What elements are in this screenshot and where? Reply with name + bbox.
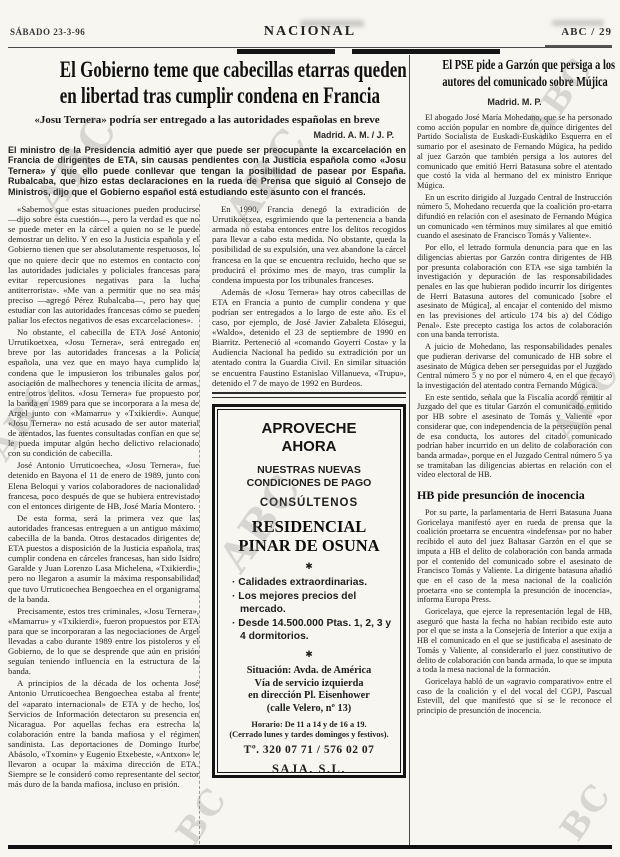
secondary-article: El PSE pide a Garzón que persiga a los a… — [417, 55, 612, 839]
ad-feature-item: · Los mejores precios del mercado. — [232, 591, 392, 616]
body-paragraph: El abogado José María Mohedano, que se h… — [417, 113, 612, 191]
main-headline-line1: El Gobierno teme que cabecillas etarras … — [60, 57, 355, 83]
main-subheadline: «Josu Ternera» podría ser entregado a la… — [8, 114, 406, 126]
ad-location-line2: Vía de servicio izquierda — [226, 678, 392, 691]
ad-hours-line1: Horario: De 11 a 14 y de 16 a 19. — [226, 720, 392, 730]
body-paragraph: Goricelaya, que ejerce la representación… — [417, 607, 612, 675]
main-headline: El Gobierno teme que cabecillas etarras … — [8, 57, 406, 109]
ad-feature-list: · Calidades extraordinarias. · Los mejor… — [226, 577, 392, 644]
ad-company-name: SAJA, S.L. — [226, 762, 392, 773]
ad-residential-name-line2: PINAR DE OSUNA — [226, 536, 392, 555]
body-paragraph: Por su parte, la parlamentaria de Herri … — [417, 508, 612, 605]
ad-subtitle-line1: NUESTRAS NUEVAS — [226, 464, 392, 477]
body-paragraph: José Antonio Urruticoechea, «Josu Terner… — [8, 460, 199, 510]
ad-title-line1: APROVECHE — [226, 420, 392, 438]
body-paragraph: A juicio de Mohedano, las responsabilida… — [417, 342, 612, 391]
secondary-subhead: HB pide presunción de inocencia — [417, 488, 612, 503]
ad-phone-number: Tº. 320 07 71 / 576 02 07 — [226, 744, 392, 756]
body-paragraph: Además de «Josu Ternera» hay otros cabec… — [212, 287, 406, 388]
ad-feature-item: · Desde 14.500.000 Ptas. 1, 2, 3 y 4 dor… — [232, 618, 392, 643]
ad-consult-label: CONSÚLTENOS — [226, 497, 392, 509]
ad-star-separator: ✱ — [226, 561, 392, 572]
secondary-byline: Madrid. M. P. — [417, 97, 612, 107]
body-paragraph: De esta forma, será la primera vez que l… — [8, 513, 199, 604]
header-rule-thick-segment — [352, 49, 500, 54]
ad-separator-rule — [212, 392, 406, 398]
ad-star-separator: ✱ — [226, 649, 392, 660]
advertisement-box: APROVECHE AHORA NUESTRAS NUEVAS CONDICIO… — [212, 404, 406, 778]
article-vertical-divider — [409, 55, 410, 845]
header-rule-right-segment — [545, 45, 612, 47]
ad-feature-item: · Calidades extraordinarias. — [232, 577, 392, 590]
body-paragraph: En 1990, Francia denegó la extradición d… — [212, 204, 406, 285]
page-bottom-rule — [8, 845, 612, 849]
main-byline: Madrid. A. M. / J. P. — [8, 130, 406, 140]
article-column-2: En 1990, Francia denegó la extradición d… — [199, 204, 406, 849]
body-paragraph: En este sentido, señala que la Fiscalía … — [417, 393, 612, 480]
scan-smudge — [552, 20, 604, 26]
scan-smudge — [300, 20, 364, 27]
body-paragraph: Goricelaya habló de un «agravio comparat… — [417, 677, 612, 716]
body-paragraph: Precisamente, estos tres criminales, «Jo… — [8, 606, 199, 677]
secondary-headline-line2: autores del comunicado sobre Mújica — [442, 74, 586, 91]
header-page-number: ABC / 29 — [561, 26, 612, 38]
secondary-headline-line1: El PSE pide a Garzón que persiga a los — [442, 57, 586, 74]
ad-location-line1: Situación: Avda. de América — [226, 665, 392, 678]
body-paragraph: Por ello, el letrado formula denuncia pa… — [417, 243, 612, 340]
body-paragraph: A principios de la década de los ochenta… — [8, 678, 199, 789]
secondary-article-body: El abogado José María Mohedano, que se h… — [417, 113, 612, 839]
ad-hours-line2: (Cerrado lunes y tardes domingos y festi… — [226, 730, 392, 740]
advertisement-inner: APROVECHE AHORA NUESTRAS NUEVAS CONDICIO… — [217, 409, 401, 773]
ad-subtitle-line2: CONDICIONES DE PAGO — [226, 477, 392, 490]
article-columns: «Sabemos que estas situaciones pueden pr… — [8, 204, 406, 849]
secondary-headline: El PSE pide a Garzón que persiga a los a… — [417, 57, 612, 91]
header-rule — [8, 47, 612, 48]
ad-location-line4: (calle Velero, nº 13) — [226, 703, 392, 716]
body-paragraph: «Sabemos que estas situaciones pueden pr… — [8, 204, 199, 325]
ad-residential-name-line1: RESIDENCIAL — [226, 517, 392, 536]
lead-paragraph: El ministro de la Presidencia admitió ay… — [8, 145, 406, 197]
ad-title-line2: AHORA — [226, 438, 392, 456]
body-paragraph: En un escrito dirigido al Juzgado Centra… — [417, 193, 612, 242]
main-article: El Gobierno teme que cabecillas etarras … — [8, 55, 406, 849]
newspaper-page: SÁBADO 23-3-96 NACIONAL ABC / 29 El Gobi… — [0, 0, 620, 857]
ad-location-line3: en dirección Pl. Eisenhower — [226, 690, 392, 703]
body-paragraph: No obstante, el cabecilla de ETA José An… — [8, 327, 199, 458]
header-rule-thick-segment — [237, 49, 335, 54]
main-headline-line2: en libertad tras cumplir condena en Fran… — [60, 83, 355, 109]
article-column-1: «Sabemos que estas situaciones pueden pr… — [8, 204, 199, 849]
